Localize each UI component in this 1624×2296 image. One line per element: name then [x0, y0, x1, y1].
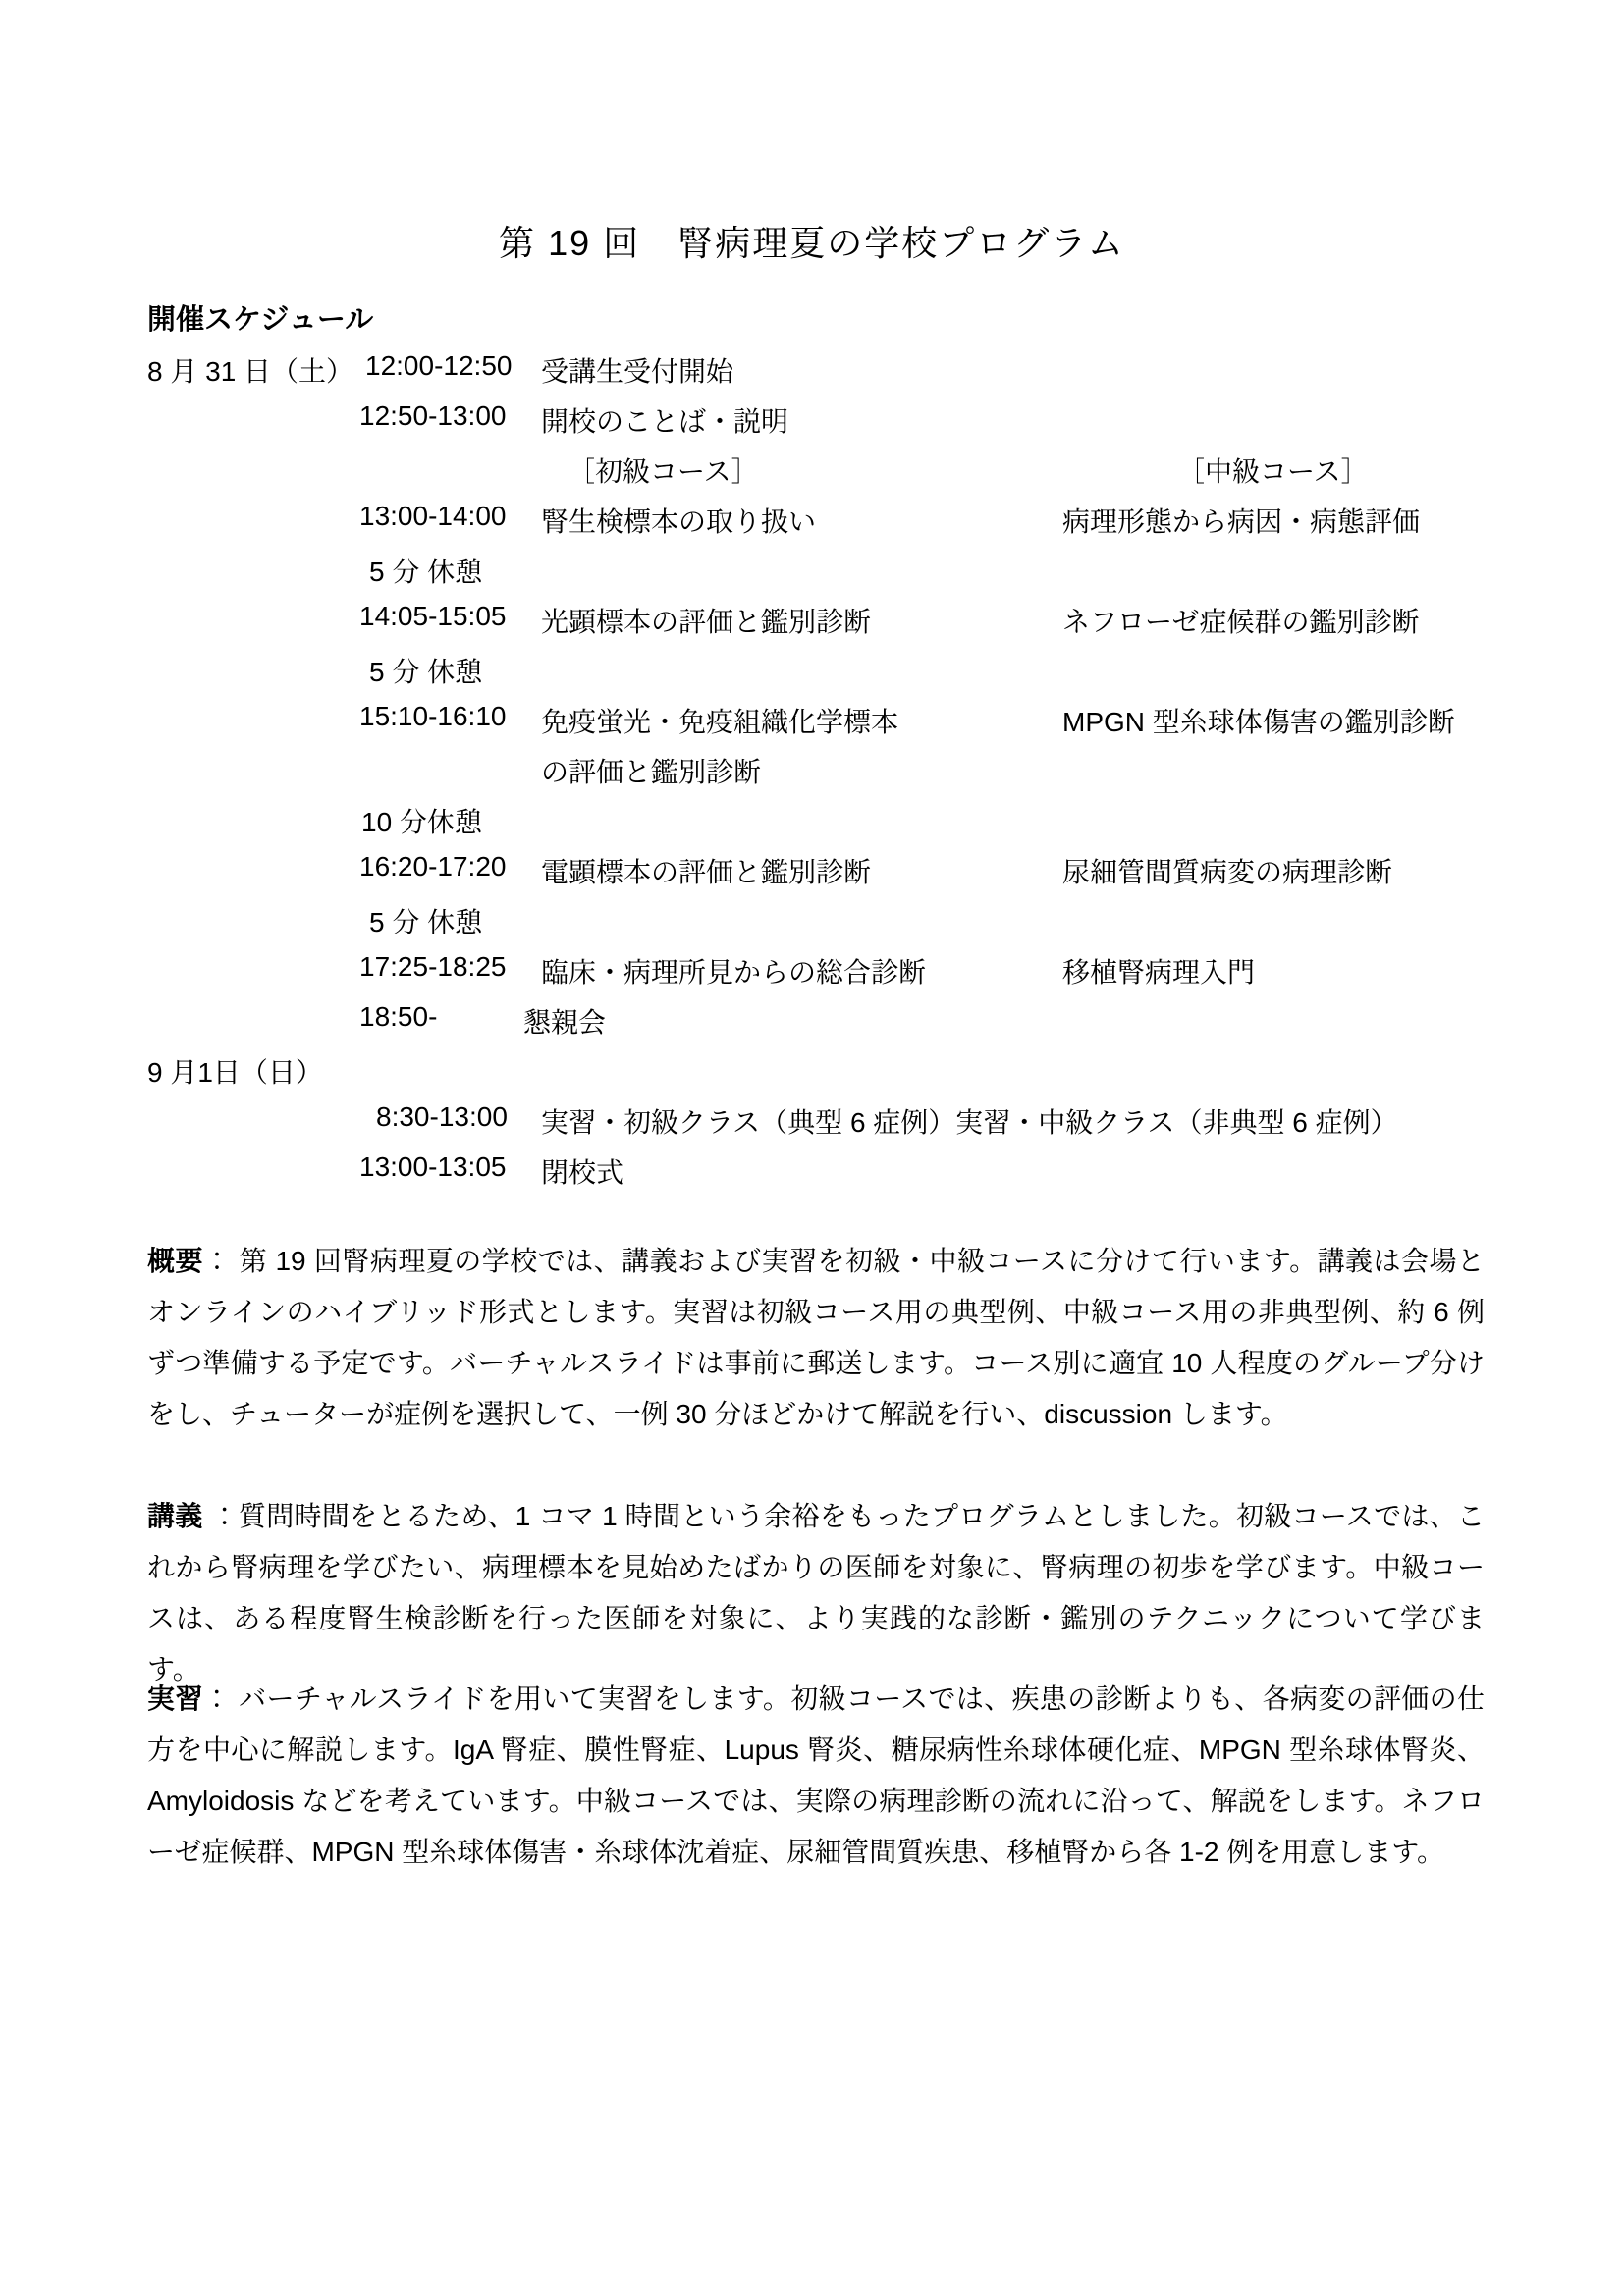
- section-overview: 概要： 第 19 回腎病理夏の学校では、講義および実習を初級・中級コースに分けて…: [147, 1236, 1485, 1440]
- section-body: バーチャルスライドを用いて実習をします。初級コースでは、疾患の診断よりも、各病変…: [147, 1683, 1485, 1867]
- schedule-time: 12:00-12:50: [365, 350, 512, 382]
- section-body: 質問時間をとるため、1 コマ 1 時間という余裕をもったプログラムとしました。初…: [147, 1501, 1485, 1684]
- break-row: 5 分 休憩: [0, 901, 1624, 940]
- schedule-row: 8:30-13:00 実習・初級クラス（典型 6 症例）実習・中級クラス（非典型…: [0, 1101, 1624, 1141]
- schedule-time: 18:50-: [359, 1001, 437, 1033]
- schedule-row: 15:10-16:10 免疫蛍光・免疫組織化学標本 MPGN 型糸球体傷害の鑑別…: [0, 701, 1624, 740]
- activity-beginner: 光顕標本の評価と鑑別診断: [541, 601, 871, 640]
- activity-intermediate: 病理形態から病因・病態評価: [1062, 501, 1420, 540]
- activity-beginner-continued: の評価と鑑別診断: [541, 751, 761, 790]
- break-row: 5 分 休憩: [0, 551, 1624, 590]
- activity-intermediate: MPGN 型糸球体傷害の鑑別診断: [1062, 701, 1455, 740]
- section-colon: ：: [203, 1683, 239, 1714]
- course-header-intermediate: ［中級コース］: [1177, 451, 1369, 490]
- break-note: 5 分 休憩: [369, 551, 482, 590]
- schedule-row-continuation: の評価と鑑別診断: [0, 751, 1624, 790]
- activity-beginner: 免疫蛍光・免疫組織化学標本: [541, 701, 898, 740]
- schedule-row: 17:25-18:25 臨床・病理所見からの総合診断 移植腎病理入門: [0, 951, 1624, 990]
- section-body: 第 19 回腎病理夏の学校では、講義および実習を初級・中級コースに分けて行います…: [147, 1246, 1485, 1429]
- schedule-time: 16:20-17:20: [359, 851, 506, 882]
- break-note: 5 分 休憩: [369, 901, 482, 940]
- activity-beginner: 電顕標本の評価と鑑別診断: [541, 851, 871, 890]
- schedule-row: 12:50-13:00 開校のことば・説明: [0, 400, 1624, 440]
- document-page: 第 19 回 腎病理夏の学校プログラム 開催スケジュール 8 月 31 日（土）…: [0, 0, 1624, 2296]
- schedule-row: 13:00-13:05 閉校式: [0, 1151, 1624, 1191]
- schedule-date: 8 月 31 日（土）: [147, 350, 353, 390]
- page-title: 第 19 回 腎病理夏の学校プログラム: [0, 216, 1624, 266]
- course-header-row: ［初級コース］ ［中級コース］: [0, 451, 1624, 490]
- course-header-beginner: ［初級コース］: [568, 451, 759, 490]
- activity-beginner: 受講生受付開始: [541, 350, 733, 390]
- break-row: 5 分 休憩: [0, 651, 1624, 690]
- activity-closing: 閉校式: [541, 1151, 623, 1191]
- schedule-time: 17:25-18:25: [359, 951, 506, 983]
- activity-intermediate: 移植腎病理入門: [1062, 951, 1255, 990]
- activity-beginner: 開校のことば・説明: [541, 400, 788, 440]
- schedule-row: 13:00-14:00 腎生検標本の取り扱い 病理形態から病因・病態評価: [0, 501, 1624, 540]
- schedule-row: 16:20-17:20 電顕標本の評価と鑑別診断 尿細管間質病変の病理診断: [0, 851, 1624, 890]
- section-colon: ：: [203, 1246, 240, 1276]
- activity-intermediate: 尿細管間質病変の病理診断: [1062, 851, 1392, 890]
- schedule-time: 12:50-13:00: [359, 400, 506, 432]
- schedule-row: 8 月 31 日（土） 12:00-12:50 受講生受付開始: [0, 350, 1624, 390]
- schedule-row: 14:05-15:05 光顕標本の評価と鑑別診断 ネフローゼ症候群の鑑別診断: [0, 601, 1624, 640]
- section-label: 概要: [147, 1246, 203, 1276]
- schedule-time: 13:00-14:00: [359, 501, 506, 532]
- section-practice: 実習： バーチャルスライドを用いて実習をします。初級コースでは、疾患の診断よりも…: [147, 1674, 1485, 1878]
- schedule-time: 13:00-13:05: [359, 1151, 506, 1183]
- schedule-heading: 開催スケジュール: [147, 297, 373, 338]
- schedule-time: 8:30-13:00: [376, 1101, 508, 1133]
- schedule-time: 14:05-15:05: [359, 601, 506, 632]
- schedule-time: 15:10-16:10: [359, 701, 506, 732]
- section-label: 実習: [147, 1683, 203, 1714]
- activity-beginner: 腎生検標本の取り扱い: [541, 501, 816, 540]
- section-lecture: 講義 ：質問時間をとるため、1 コマ 1 時間という余裕をもったプログラムとしま…: [147, 1491, 1485, 1695]
- schedule-date-row: 9 月1日（日）: [0, 1051, 1624, 1091]
- break-note: 5 分 休憩: [369, 651, 482, 690]
- break-row: 10 分休憩: [0, 801, 1624, 840]
- activity-practice: 実習・初級クラス（典型 6 症例）実習・中級クラス（非典型 6 症例）: [541, 1101, 1398, 1141]
- schedule-row: 18:50- 懇親会: [0, 1001, 1624, 1041]
- section-label: 講義: [147, 1501, 203, 1531]
- activity-intermediate: ネフローゼ症候群の鑑別診断: [1062, 601, 1419, 640]
- schedule-date: 9 月1日（日）: [147, 1051, 323, 1091]
- activity-beginner: 臨床・病理所見からの総合診断: [541, 951, 926, 990]
- break-note: 10 分休憩: [361, 801, 482, 840]
- activity-social: 懇親会: [523, 1001, 606, 1041]
- section-colon: ：: [203, 1501, 239, 1531]
